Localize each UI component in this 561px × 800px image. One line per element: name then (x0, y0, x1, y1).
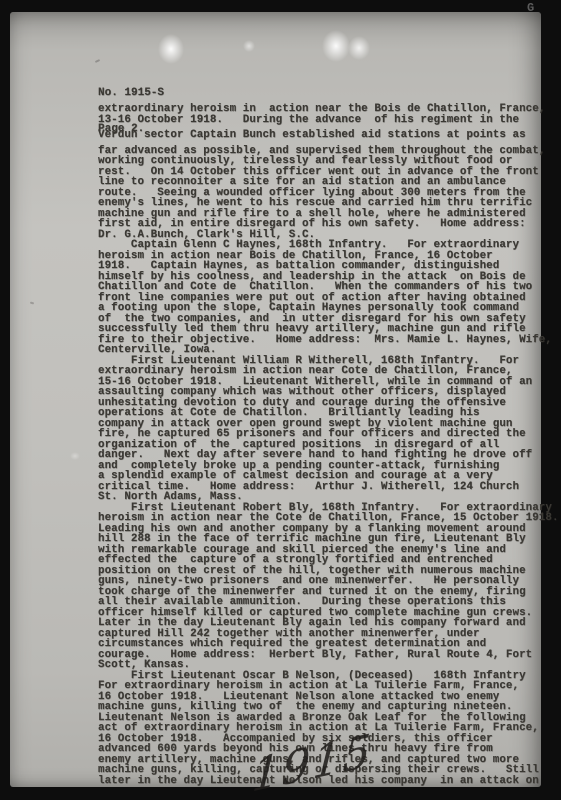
text-line: Scott, Kansas. (98, 660, 559, 671)
text-line: operations at Cote de Chatillon. Brillia… (98, 408, 559, 419)
text-line: a footing upon the slope, Captain Haynes… (98, 303, 559, 314)
text-line: Verdun sector Captain Bunch established … (98, 130, 559, 141)
paper-stain (348, 36, 370, 60)
text-line: St. North Adams, Mass. (98, 492, 559, 503)
text-line: guns, ninety-two prisoners and one minen… (98, 576, 559, 587)
paper-stain (322, 30, 350, 62)
text-line: enemy's lines, he went to his rescue and… (98, 198, 559, 209)
text-line: heroism in action near the Cote de Chati… (98, 513, 559, 524)
doc-number: No. 1915-S (98, 87, 164, 99)
text-line: working continuously, tirelessly and fea… (98, 156, 559, 167)
scanner-corner-mark: G (527, 1, 534, 15)
text-line: Centerville, Iowa. (98, 345, 559, 356)
text-line: hill 288 in the face of terrific machine… (98, 534, 559, 545)
typewritten-body: extraordinary heroism in action near the… (98, 104, 559, 786)
text-line: extraordinary heroism in action near the… (98, 104, 559, 115)
text-line: fire, he captured 65 prisoners and four … (98, 429, 559, 440)
paper-stain (70, 452, 80, 460)
text-line: Chatillon and Cote de Chatillon. When th… (98, 282, 559, 293)
text-line: For extraordinary heroism in action at L… (98, 681, 559, 692)
text-line: all their available ammunition. During t… (98, 597, 559, 608)
text-line: machine guns, killing two of the enemy a… (98, 702, 559, 713)
text-line: circumstances which required the greates… (98, 639, 559, 650)
text-line: successfully led them thru heavy artille… (98, 324, 559, 335)
text-line: Later in the day Lieutenant Bly again le… (98, 618, 559, 629)
text-line: act of extraordinary heroism in action a… (98, 723, 559, 734)
text-line: danger. Next day after severe hand to ha… (98, 450, 559, 461)
paper-page: No. 1915-S Page 2. extraordinary heroism… (10, 12, 541, 787)
text-line: extraordinary heroism in action near Cot… (98, 366, 559, 377)
paper-stain (243, 40, 255, 52)
text-line: Captain Glenn C Haynes, 168th Infantry. … (98, 240, 559, 251)
scan-speck (30, 302, 34, 305)
text-line: assaulting company which was without oth… (98, 387, 559, 398)
scan-background: No. 1915-S Page 2. extraordinary heroism… (0, 0, 561, 800)
text-line: 1918. Captain Haynes, as battalion comma… (98, 261, 559, 272)
text-line: first aid, in entire disregard of his ow… (98, 219, 559, 230)
text-line: line to reconnoiter a site for an aid st… (98, 177, 559, 188)
text-line: effected the capture of a strongly forti… (98, 555, 559, 566)
text-line: 13-16 October 1918. During the advance o… (98, 115, 559, 126)
paper-stain (158, 34, 184, 64)
text-line: a splendid example of calmest decision a… (98, 471, 559, 482)
